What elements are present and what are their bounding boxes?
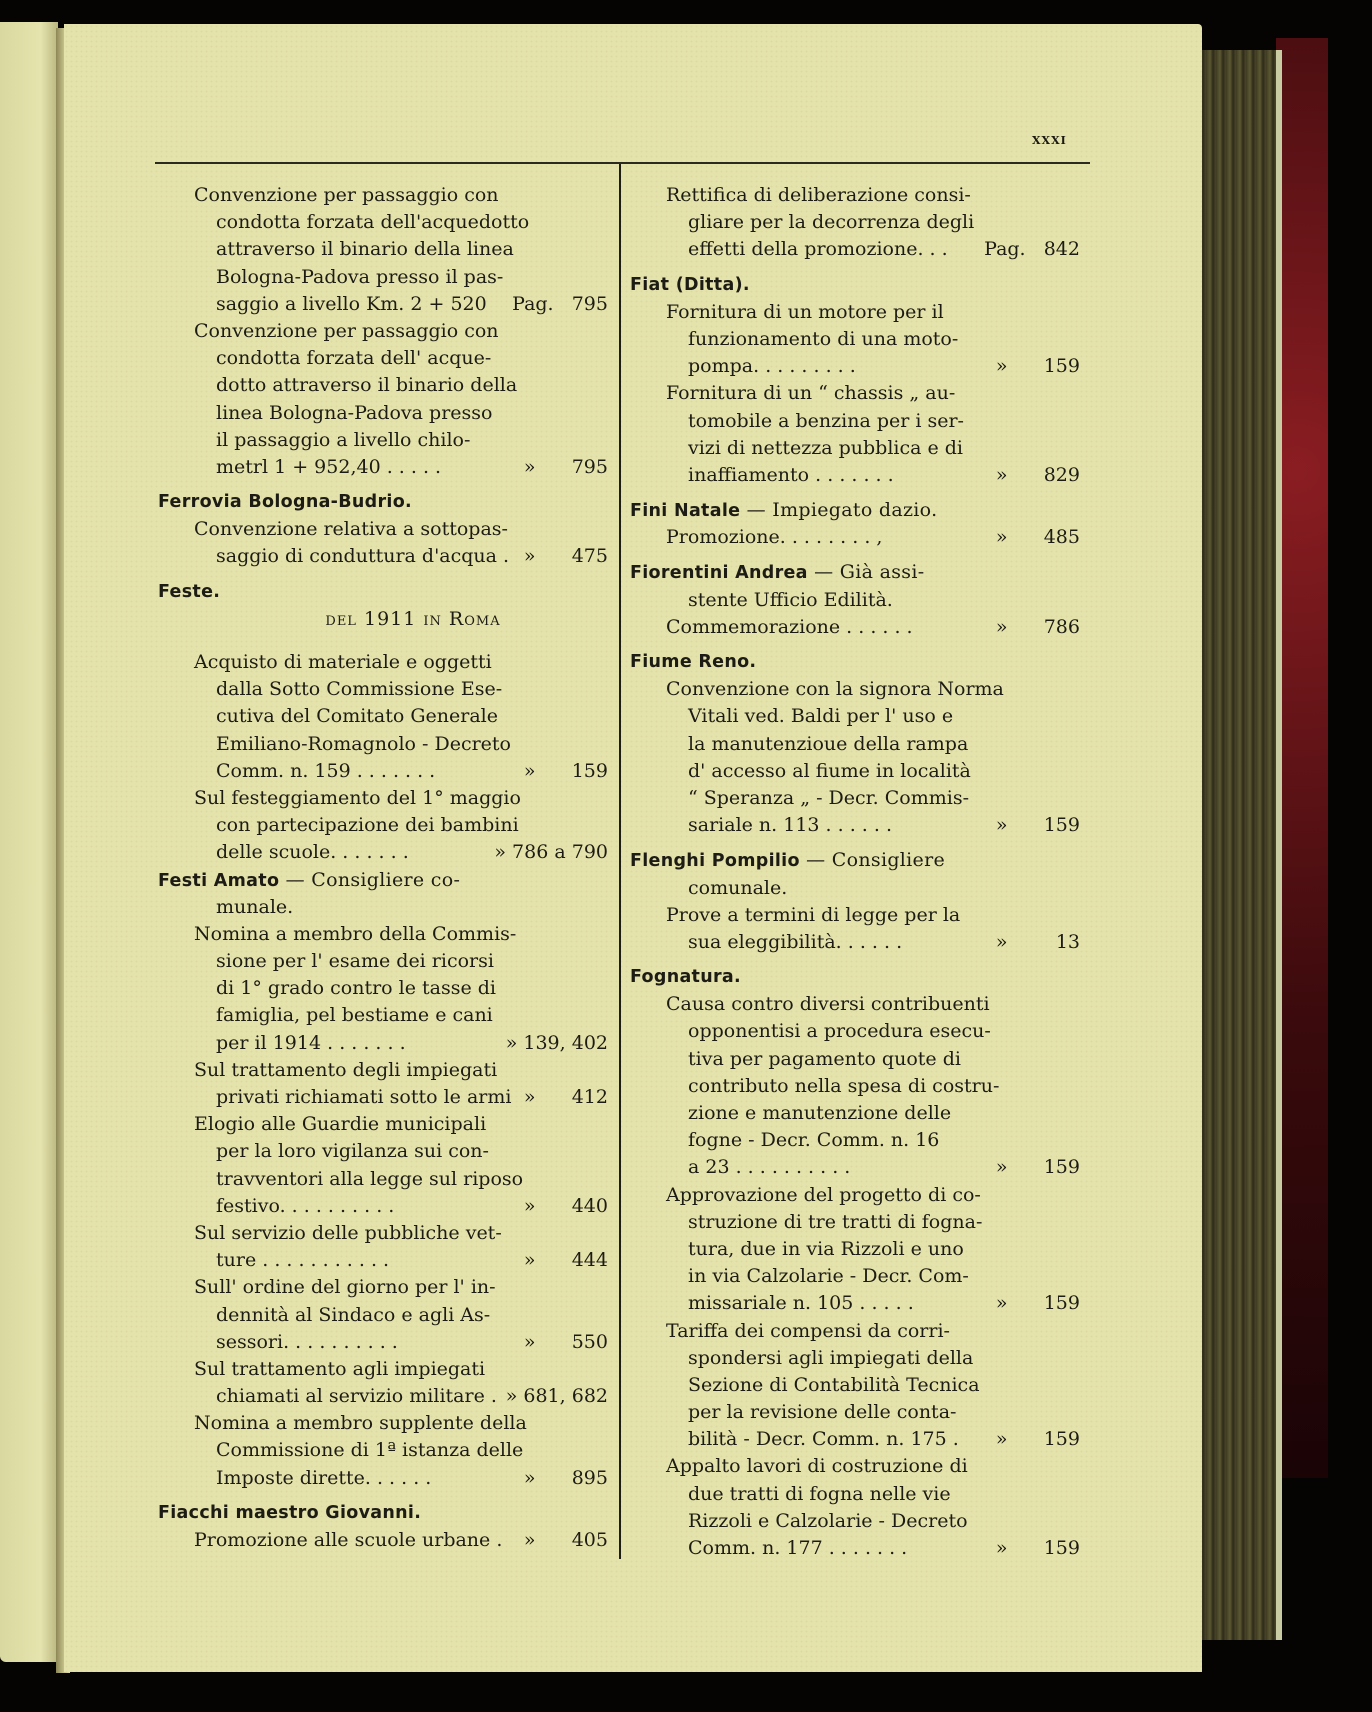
index-entry-line: ture . . . . . . . . . . .» 444 — [158, 1247, 608, 1274]
spacer — [158, 571, 608, 579]
entry-text: la manutenzioue della rampa — [688, 733, 968, 755]
heading-title: Fiume Reno. — [630, 652, 756, 672]
index-entry-line: Promozione alle scuole urbane .» 405 — [158, 1527, 608, 1554]
index-entry-line: Imposte dirette. . . . . .» 895 — [158, 1465, 608, 1492]
entry-text: Sul servizio delle pubbliche vet- — [194, 1222, 502, 1244]
index-entry-line: dalla Sotto Commissione Ese- — [158, 676, 608, 703]
index-entry-line: sione per l' esame dei ricorsi — [158, 948, 608, 975]
index-entry-line: sessori. . . . . . . . . .» 550 — [158, 1329, 608, 1356]
index-entry-line: saggio a livello Km. 2 + 520Pag. 795 — [158, 291, 608, 318]
index-entry-line: Commemorazione . . . . . .» 786 — [630, 614, 1080, 641]
index-entry-line: Sul servizio delle pubbliche vet- — [158, 1220, 608, 1247]
index-entry-line: funzionamento di una moto- — [630, 326, 1080, 353]
index-entry-line: Rettifica di deliberazione consi- — [630, 182, 1080, 209]
page-reference: » 786 a 790 — [494, 839, 608, 866]
entry-text: fogne - Decr. Comm. n. 16 — [688, 1129, 939, 1151]
index-entry-line: Sul trattamento agli impiegati — [158, 1356, 608, 1383]
spacer — [158, 1492, 608, 1500]
entry-text: privati richiamati sotto le armi — [216, 1086, 511, 1108]
entry-text: Elogio alle Guardie municipali — [194, 1113, 486, 1135]
index-entry-line: Nomina a membro supplente della — [158, 1410, 608, 1437]
index-entry-line: Appalto lavori di costruzione di — [630, 1453, 1080, 1480]
page-reference: Pag. 795 — [512, 291, 608, 318]
entry-text: metrl 1 + 952,40 . . . . . — [216, 456, 441, 478]
page-number: xxxi — [1032, 130, 1067, 148]
entry-text: dennità al Sindaco e agli As- — [216, 1304, 490, 1326]
entry-text: tomobile a benzina per i ser- — [688, 410, 964, 432]
index-entry-line: Prove a termini di legge per la — [630, 902, 1080, 929]
spacer — [630, 641, 1080, 649]
index-entry-line: metrl 1 + 952,40 . . . . .» 795 — [158, 454, 608, 481]
index-entry-line: Sul trattamento degli impiegati — [158, 1057, 608, 1084]
entry-text: con partecipazione dei bambini — [216, 814, 519, 836]
index-entry-line: tura, due in via Rizzoli e uno — [630, 1236, 1080, 1263]
index-entry-line: fogne - Decr. Comm. n. 16 — [630, 1127, 1080, 1154]
entry-text: Sul trattamento agli impiegati — [194, 1358, 485, 1380]
index-entry-line: Approvazione del progetto di co- — [630, 1182, 1080, 1209]
page-reference: » 159 — [996, 1290, 1080, 1317]
index-entry-line: Sul festeggiamento del 1° maggio — [158, 785, 608, 812]
index-entry-line: spondersi agli impiegati della — [630, 1345, 1080, 1372]
entry-text: Comm. n. 177 . . . . . . . — [688, 1537, 907, 1559]
index-entry-line: per la revisione delle conta- — [630, 1399, 1080, 1426]
entry-text: delle scuole. . . . . . . — [216, 841, 409, 863]
page-reference: » 159 — [996, 812, 1080, 839]
entry-text: famiglia, pel bestiame e cani — [216, 1004, 493, 1026]
entry-text: Nomina a membro supplente della — [194, 1412, 527, 1434]
entry-text: linea Bologna-Padova presso — [216, 402, 492, 424]
index-entry-line: Causa contro diversi contribuenti — [630, 991, 1080, 1018]
heading-description: — Consigliere co- — [279, 869, 460, 891]
entry-text: comunale. — [688, 877, 787, 899]
entry-text: zione e manutenzione delle — [688, 1102, 951, 1124]
page-reference: » 159 — [996, 353, 1080, 380]
right-column: Rettifica di deliberazione consi-gliare … — [630, 182, 1080, 1562]
entry-text: condotta forzata dell' acque- — [216, 347, 491, 369]
index-entry-line: missariale n. 105 . . . . .» 159 — [630, 1290, 1080, 1317]
previous-page-edge — [0, 22, 58, 1662]
entry-text: condotta forzata dell'acquedotto — [216, 211, 529, 233]
entry-text: saggio a livello Km. 2 + 520 — [216, 293, 487, 315]
index-entry-line: dotto attraverso il binario della — [158, 372, 608, 399]
index-entry-line: linea Bologna-Padova presso — [158, 400, 608, 427]
page-reference: » 159 — [524, 758, 608, 785]
index-entry-line: la manutenzioue della rampa — [630, 731, 1080, 758]
index-entry-line: il passaggio a livello chilo- — [158, 427, 608, 454]
entry-text: bilità - Decr. Comm. n. 175 . — [688, 1428, 959, 1450]
heading-title: Fiorentini Andrea — [630, 563, 808, 583]
index-entry-line: di 1° grado contro le tasse di — [158, 975, 608, 1002]
index-entry-line: cutiva del Comitato Generale — [158, 703, 608, 730]
entry-text: munale. — [216, 896, 293, 918]
index-heading: Fiorentini Andrea — Già assi- — [630, 559, 1080, 586]
entry-text: tura, due in via Rizzoli e uno — [688, 1238, 964, 1260]
entry-text: opponentisi a procedura esecu- — [688, 1020, 991, 1042]
entry-text: spondersi agli impiegati della — [688, 1347, 973, 1369]
index-heading: Festi Amato — Consigliere co- — [158, 867, 608, 894]
index-heading: Fini Natale — Impiegato dazio. — [630, 497, 1080, 524]
entry-text: il passaggio a livello chilo- — [216, 429, 470, 451]
index-entry-line: gliare per la decorrenza degli — [630, 209, 1080, 236]
index-heading: Ferrovia Bologna-Budrio. — [158, 489, 608, 516]
page-reference: » 412 — [524, 1084, 608, 1111]
index-entry-line: Elogio alle Guardie municipali — [158, 1111, 608, 1138]
page-reference: » 550 — [524, 1329, 608, 1356]
index-entry-line: Convenzione per passaggio con — [158, 182, 608, 209]
entry-text: Commemorazione . . . . . . — [666, 616, 913, 638]
entry-text: Convenzione con la signora Norma — [666, 678, 1004, 700]
entry-text: Comm. n. 159 . . . . . . . — [216, 760, 435, 782]
entry-text: Tariffa dei compensi da corri- — [666, 1320, 950, 1342]
entry-text: sione per l' esame dei ricorsi — [216, 950, 494, 972]
entry-text: Vitali ved. Baldi per l' uso e — [688, 705, 953, 727]
page-reference: » 440 — [524, 1193, 608, 1220]
index-entry-line: Vitali ved. Baldi per l' uso e — [630, 703, 1080, 730]
entry-text: saggio di conduttura d'acqua . — [216, 545, 509, 567]
column-divider — [619, 164, 621, 1559]
index-entry-line: comunale. — [630, 875, 1080, 902]
index-entry-line: Comm. n. 159 . . . . . . .» 159 — [158, 758, 608, 785]
heading-title: Flenghi Pompilio — [630, 851, 800, 871]
entry-text: Convenzione per passaggio con — [194, 184, 499, 206]
index-entry-line: tomobile a benzina per i ser- — [630, 408, 1080, 435]
index-entry-line: Convenzione per passaggio con — [158, 318, 608, 345]
heading-description: — Impiegato dazio. — [740, 499, 937, 521]
entry-text: vizi di nettezza pubblica e di — [688, 437, 963, 459]
entry-text: pompa. . . . . . . . . — [688, 355, 856, 377]
entry-text: effetti della promozione. . . — [688, 238, 948, 260]
index-entry-line: munale. — [158, 894, 608, 921]
index-entry-line: Nomina a membro della Commis- — [158, 921, 608, 948]
entry-text: Fornitura di un motore per il — [666, 301, 944, 323]
index-entry-line: Fornitura di un “ chassis „ au- — [630, 380, 1080, 407]
entry-text: Appalto lavori di costruzione di — [666, 1455, 968, 1477]
entry-text: Nomina a membro della Commis- — [194, 923, 516, 945]
book-cover — [1276, 38, 1328, 1478]
index-entry-line: due tratti di fogna nelle vie — [630, 1481, 1080, 1508]
index-entry-line: dennità al Sindaco e agli As- — [158, 1302, 608, 1329]
index-entry-line: con partecipazione dei bambini — [158, 812, 608, 839]
subheading: del 1911 in Roma — [158, 606, 608, 633]
index-entry-line: stente Ufficio Edilità. — [630, 587, 1080, 614]
index-entry-line: contributo nella spesa di costru- — [630, 1073, 1080, 1100]
spacer — [630, 489, 1080, 497]
index-entry-line: opponentisi a procedura esecu- — [630, 1018, 1080, 1045]
entry-text: in via Calzolarie - Decr. Com- — [688, 1265, 969, 1287]
entry-text: per il 1914 . . . . . . . — [216, 1032, 406, 1054]
heading-title: Fognatura. — [630, 967, 741, 987]
index-entry-line: a 23 . . . . . . . . . .» 159 — [630, 1154, 1080, 1181]
entry-text: Convenzione relativa a sottopas- — [194, 518, 508, 540]
index-entry-line: sua eleggibilità. . . . . .» 13 — [630, 929, 1080, 956]
entry-text: sua eleggibilità. . . . . . — [688, 931, 902, 953]
index-entry-line: “ Speranza „ - Decr. Commis- — [630, 785, 1080, 812]
index-entry-line: vizi di nettezza pubblica e di — [630, 435, 1080, 462]
heading-title: Ferrovia Bologna-Budrio. — [158, 492, 412, 512]
index-entry-line: delle scuole. . . . . . .» 786 a 790 — [158, 839, 608, 866]
page-reference: » 681, 682 — [506, 1383, 608, 1410]
index-entry-line: per il 1914 . . . . . . .» 139, 402 — [158, 1030, 608, 1057]
entry-text: per la loro vigilanza sui con- — [216, 1140, 489, 1162]
page-reference: » 475 — [524, 543, 608, 570]
index-entry-line: d' accesso al fiume in località — [630, 758, 1080, 785]
entry-text: Causa contro diversi contribuenti — [666, 993, 990, 1015]
index-entry-line: in via Calzolarie - Decr. Com- — [630, 1263, 1080, 1290]
entry-text: tiva per pagamento quote di — [688, 1048, 961, 1070]
index-entry-line: Fornitura di un motore per il — [630, 299, 1080, 326]
page-reference: » 405 — [524, 1527, 608, 1554]
entry-text: stente Ufficio Edilità. — [688, 589, 893, 611]
index-entry-line: Promozione. . . . . . . . ,» 485 — [630, 524, 1080, 551]
entry-text: Acquisto di materiale e oggetti — [194, 651, 492, 673]
index-entry-line: per la loro vigilanza sui con- — [158, 1138, 608, 1165]
index-entry-line: condotta forzata dell' acque- — [158, 345, 608, 372]
index-entry-line: tiva per pagamento quote di — [630, 1046, 1080, 1073]
page-reference: » 485 — [996, 524, 1080, 551]
index-entry-line: Emiliano-Romagnolo - Decreto — [158, 731, 608, 758]
index-entry-line: Acquisto di materiale e oggetti — [158, 649, 608, 676]
spacer — [630, 264, 1080, 272]
entry-text: travventori alla legge sul riposo — [216, 1168, 523, 1190]
heading-title: Fini Natale — [630, 501, 740, 521]
heading-title: Fiacchi maestro Giovanni. — [158, 1503, 421, 1523]
index-heading: Feste. — [158, 579, 608, 606]
index-entry-line: condotta forzata dell'acquedotto — [158, 209, 608, 236]
heading-description: — Consigliere — [800, 849, 945, 871]
spacer — [630, 551, 1080, 559]
entry-text: gliare per la decorrenza degli — [688, 211, 974, 233]
index-entry-line: sariale n. 113 . . . . . .» 159 — [630, 812, 1080, 839]
page-reference: » 786 — [996, 614, 1080, 641]
header-rule — [155, 162, 1090, 164]
entry-text: per la revisione delle conta- — [688, 1401, 956, 1423]
index-entry-line: Comm. n. 177 . . . . . . .» 159 — [630, 1535, 1080, 1562]
index-entry-line: effetti della promozione. . .Pag. 842 — [630, 236, 1080, 263]
index-entry-line: Sull' ordine del giorno per l' in- — [158, 1274, 608, 1301]
entry-text: Prove a termini di legge per la — [666, 904, 960, 926]
entry-text: a 23 . . . . . . . . . . — [688, 1156, 850, 1178]
page-reference: » 829 — [996, 462, 1080, 489]
index-entry-line: bilità - Decr. Comm. n. 175 .» 159 — [630, 1426, 1080, 1453]
entry-text: missariale n. 105 . . . . . — [688, 1292, 914, 1314]
entry-text: Promozione. . . . . . . . , — [666, 526, 882, 548]
index-heading: Fiacchi maestro Giovanni. — [158, 1500, 608, 1527]
index-heading: Fognatura. — [630, 964, 1080, 991]
heading-description: — Già assi- — [808, 561, 925, 583]
index-entry-line: Bologna-Padova presso il pas- — [158, 264, 608, 291]
entry-text: inaffiamento . . . . . . . — [688, 464, 894, 486]
page-reference: Pag. 842 — [984, 236, 1080, 263]
entry-text: Promozione alle scuole urbane . — [194, 1529, 502, 1551]
index-entry-line: Sezione di Contabilità Tecnica — [630, 1372, 1080, 1399]
index-entry-line: Rizzoli e Calzolarie - Decreto — [630, 1508, 1080, 1535]
entry-text: Sul festeggiamento del 1° maggio — [194, 787, 521, 809]
page-reference: » 159 — [996, 1535, 1080, 1562]
entry-text: Sull' ordine del giorno per l' in- — [194, 1276, 496, 1298]
entry-text: attraverso il binario della linea — [216, 238, 514, 260]
entry-text: Sezione di Contabilità Tecnica — [688, 1374, 980, 1396]
entry-text: Imposte dirette. . . . . . — [216, 1467, 431, 1489]
index-entry-line: travventori alla legge sul riposo — [158, 1166, 608, 1193]
entry-text: di 1° grado contro le tasse di — [216, 977, 496, 999]
heading-title: Festi Amato — [158, 871, 279, 891]
index-heading: Fiat (Ditta). — [630, 272, 1080, 299]
entry-text: Fornitura di un “ chassis „ au- — [666, 382, 955, 404]
page-reference: » 444 — [524, 1247, 608, 1274]
index-entry-line: pompa. . . . . . . . .» 159 — [630, 353, 1080, 380]
entry-text: dalla Sotto Commissione Ese- — [216, 678, 502, 700]
entry-text: chiamati al servizio militare . — [216, 1385, 497, 1407]
index-entry-line: struzione di tre tratti di fogna- — [630, 1209, 1080, 1236]
heading-title: Feste. — [158, 582, 220, 602]
entry-text: Approvazione del progetto di co- — [666, 1184, 981, 1206]
page-reference: » 895 — [524, 1465, 608, 1492]
page-reference: » 13 — [996, 929, 1080, 956]
page-reference: » 795 — [524, 454, 608, 481]
index-heading: Fiume Reno. — [630, 649, 1080, 676]
page-stack-edge — [1196, 50, 1282, 1640]
index-entry-line: chiamati al servizio militare .» 681, 68… — [158, 1383, 608, 1410]
index-entry-line: saggio di conduttura d'acqua .» 475 — [158, 543, 608, 570]
entry-text: Convenzione per passaggio con — [194, 320, 499, 342]
entry-text: funzionamento di una moto- — [688, 328, 958, 350]
index-entry-line: Convenzione relativa a sottopas- — [158, 516, 608, 543]
index-entry-line: attraverso il binario della linea — [158, 236, 608, 263]
entry-text: ture . . . . . . . . . . . — [216, 1249, 389, 1271]
entry-text: Commissione di 1ª istanza delle — [216, 1439, 523, 1461]
entry-text: sessori. . . . . . . . . . — [216, 1331, 398, 1353]
index-entry-line: inaffiamento . . . . . . .» 829 — [630, 462, 1080, 489]
index-entry-line: privati richiamati sotto le armi» 412 — [158, 1084, 608, 1111]
index-entry-line: Tariffa dei compensi da corri- — [630, 1318, 1080, 1345]
entry-text: contributo nella spesa di costru- — [688, 1075, 999, 1097]
entry-text: d' accesso al fiume in località — [688, 760, 971, 782]
entry-text: cutiva del Comitato Generale — [216, 705, 498, 727]
entry-text: Rettifica di deliberazione consi- — [666, 184, 971, 206]
index-heading: Flenghi Pompilio — Consigliere — [630, 847, 1080, 874]
entry-text: Bologna-Padova presso il pas- — [216, 266, 503, 288]
entry-text: “ Speranza „ - Decr. Commis- — [688, 787, 969, 809]
page-reference: » 159 — [996, 1154, 1080, 1181]
entry-text: due tratti di fogna nelle vie — [688, 1483, 951, 1505]
index-entry-line: Commissione di 1ª istanza delle — [158, 1437, 608, 1464]
entry-text: festivo. . . . . . . . . . — [216, 1195, 394, 1217]
index-entry-line: famiglia, pel bestiame e cani — [158, 1002, 608, 1029]
spacer — [630, 956, 1080, 964]
entry-text: dotto attraverso il binario della — [216, 374, 517, 396]
page-reference: » 139, 402 — [506, 1030, 608, 1057]
entry-text: Emiliano-Romagnolo - Decreto — [216, 733, 511, 755]
spacer — [158, 633, 608, 649]
spacer — [630, 839, 1080, 847]
spacer — [158, 481, 608, 489]
entry-text: struzione di tre tratti di fogna- — [688, 1211, 982, 1233]
left-column: Convenzione per passaggio concondotta fo… — [158, 182, 608, 1554]
page-reference: » 159 — [996, 1426, 1080, 1453]
index-entry-line: festivo. . . . . . . . . .» 440 — [158, 1193, 608, 1220]
heading-title: Fiat (Ditta). — [630, 275, 750, 295]
index-entry-line: Convenzione con la signora Norma — [630, 676, 1080, 703]
entry-text: sariale n. 113 . . . . . . — [688, 814, 892, 836]
index-entry-line: zione e manutenzione delle — [630, 1100, 1080, 1127]
entry-text: Sul trattamento degli impiegati — [194, 1059, 497, 1081]
entry-text: Rizzoli e Calzolarie - Decreto — [688, 1510, 968, 1532]
